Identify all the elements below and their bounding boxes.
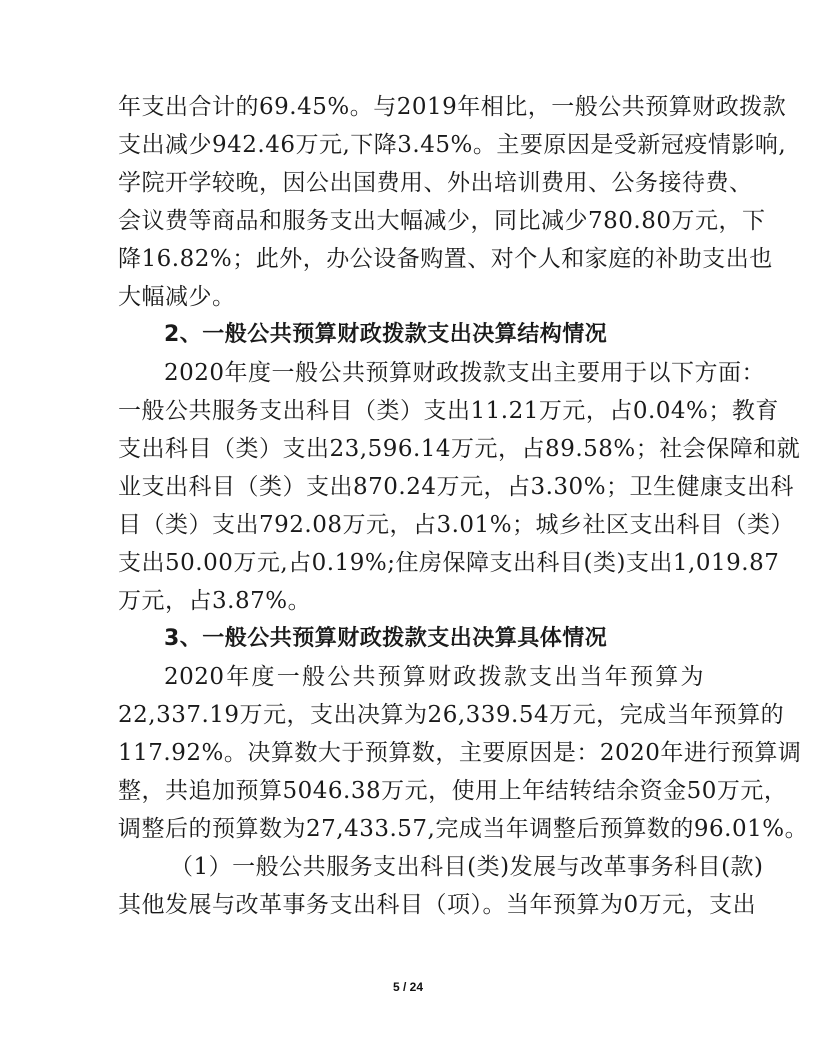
paragraph-line: 业支出科目（类）支出870.24万元，占3.30%；卫生健康支出科 (118, 468, 704, 506)
paragraph-line: 会议费等商品和服务支出大幅减少，同比减少780.80万元，下 (118, 202, 704, 240)
paragraph-line: 大幅减少。 (118, 278, 704, 316)
paragraph-line: 目（类）支出792.08万元，占3.01%；城乡社区支出科目（类） (118, 506, 704, 544)
paragraph-line: 2020年度一般公共预算财政拨款支出主要用于以下方面： (118, 354, 704, 392)
paragraph-line: 降16.82%；此外，办公设备购置、对个人和家庭的补助支出也 (118, 240, 704, 278)
document-page: 年支出合计的69.45%。与2019年相比，一般公共预算财政拨款 支出减少942… (118, 88, 704, 924)
paragraph-line: （1）一般公共服务支出科目(类)发展与改革事务科目(款) (118, 848, 704, 886)
paragraph-line: 支出减少942.46万元,下降3.45%。主要原因是受新冠疫情影响, (118, 126, 704, 164)
paragraph-line: 学院开学较晚，因公出国费用、外出培训费用、公务接待费、 (118, 164, 704, 202)
page-number: 5 / 24 (0, 980, 816, 994)
paragraph-line: 调整后的预算数为27,433.57,完成当年调整后预算数的96.01%。 (118, 810, 704, 848)
section-heading: 3、一般公共预算财政拨款支出决算具体情况 (118, 620, 704, 658)
paragraph-line: 其他发展与改革事务支出科目（项）。当年预算为0万元，支出 (118, 886, 704, 924)
paragraph-line: 2020年度一般公共预算财政拨款支出当年预算为 (118, 658, 704, 696)
paragraph-line: 支出科目（类）支出23,596.14万元，占89.58%；社会保障和就 (118, 430, 704, 468)
paragraph-line: 整，共追加预算5046.38万元，使用上年结转结余资金50万元， (118, 772, 704, 810)
paragraph-line: 年支出合计的69.45%。与2019年相比，一般公共预算财政拨款 (118, 88, 704, 126)
paragraph-line: 22,337.19万元，支出决算为26,339.54万元，完成当年预算的 (118, 696, 704, 734)
paragraph-line: 万元，占3.87%。 (118, 582, 704, 620)
paragraph-line: 一般公共服务支出科目（类）支出11.21万元，占0.04%；教育 (118, 392, 704, 430)
paragraph-line: 117.92%。决算数大于预算数，主要原因是：2020年进行预算调 (118, 734, 704, 772)
paragraph-line: 支出50.00万元,占0.19%;住房保障支出科目(类)支出1,019.87 (118, 544, 704, 582)
section-heading: 2、一般公共预算财政拨款支出决算结构情况 (118, 316, 704, 354)
